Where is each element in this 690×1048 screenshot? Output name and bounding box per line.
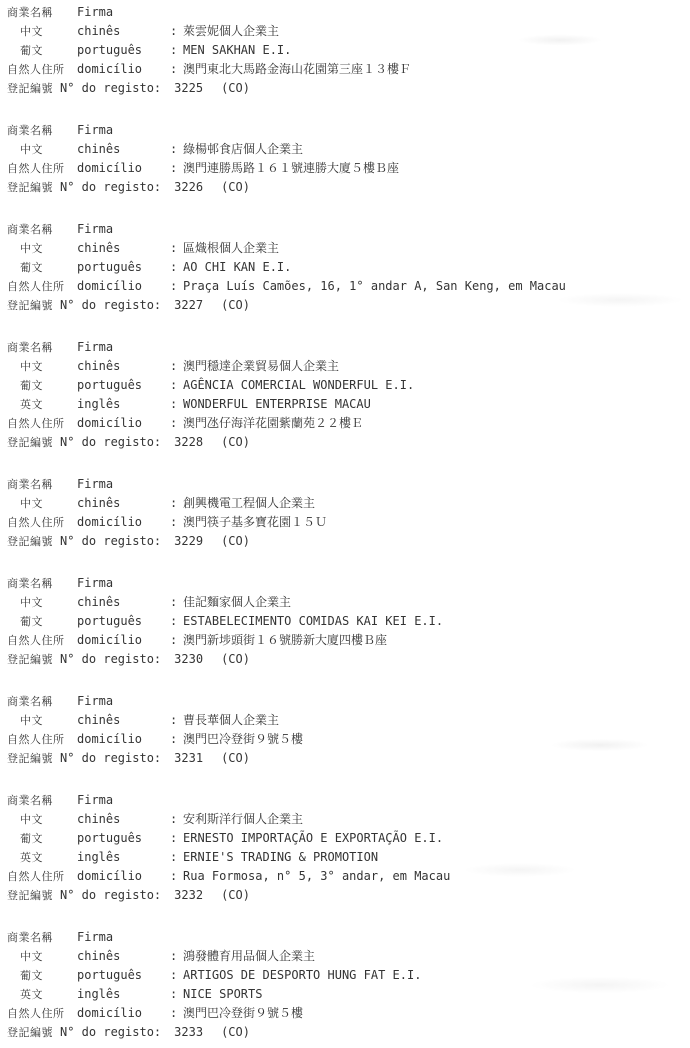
registry-suffix-badge: (CO)	[221, 886, 250, 905]
field-label-pt: domicílio	[77, 60, 170, 79]
registry-entry: 商業名稱Firma中文chinês:澳門穩達企業貿易個人企業主葡文portugu…	[7, 338, 690, 452]
registry-label-pt: N° do registo:	[60, 79, 161, 98]
field-separator: :	[170, 494, 183, 513]
firm-name-label-pt: Firma	[77, 3, 170, 22]
field-separator: :	[170, 810, 183, 829]
entry-field-line: 葡文português:MEN SAKHAN E.I.	[7, 41, 690, 60]
registry-entry: 商業名稱Firma中文chinês:區熾根個人企業主葡文português:AO…	[7, 220, 690, 315]
entry-field-line: 葡文português:AGÊNCIA COMERCIAL WONDERFUL …	[7, 376, 690, 395]
field-label-zh: 中文	[7, 711, 77, 730]
registry-suffix-badge: (CO)	[221, 433, 250, 452]
registry-label-zh: 登記編號	[7, 749, 53, 768]
entry-field-line: 中文chinês:綠楊邨食店個人企業主	[7, 140, 690, 159]
firm-name-label-zh: 商業名稱	[7, 692, 77, 711]
field-value: 綠楊邨食店個人企業主	[183, 140, 690, 159]
field-value: ERNESTO IMPORTAÇÃO E EXPORTAÇÃO E.I.	[183, 829, 690, 848]
field-separator: :	[170, 612, 183, 631]
field-label-pt: chinês	[77, 711, 170, 730]
field-label-zh: 中文	[7, 494, 77, 513]
field-separator: :	[170, 395, 183, 414]
field-value: ARTIGOS DE DESPORTO HUNG FAT E.I.	[183, 966, 690, 985]
registry-number: 3227	[174, 296, 203, 315]
registry-number-line: 登記編號N° do registo:3233(CO)	[7, 1023, 690, 1042]
registry-entry: 商業名稱Firma中文chinês:創興機電工程個人企業主自然人住所domicí…	[7, 475, 690, 551]
field-label-zh: 葡文	[7, 966, 77, 985]
field-label-zh: 自然人住所	[7, 277, 77, 296]
entry-field-line: 葡文português:ESTABELECIMENTO COMIDAS KAI …	[7, 612, 690, 631]
field-separator: :	[170, 376, 183, 395]
field-separator: :	[170, 631, 183, 650]
registry-label-pt: N° do registo:	[60, 749, 161, 768]
registry-entry: 商業名稱Firma中文chinês:鴻發體育用品個人企業主葡文português…	[7, 928, 690, 1042]
registry-label-zh: 登記編號	[7, 886, 53, 905]
field-label-zh: 葡文	[7, 258, 77, 277]
field-label-zh: 中文	[7, 810, 77, 829]
entry-field-line: 中文chinês:曹長華個人企業主	[7, 711, 690, 730]
registry-label-pt: N° do registo:	[60, 296, 161, 315]
entry-field-line: 自然人住所domicílio:澳門巴冷登街９號５樓	[7, 1004, 690, 1023]
registry-label-zh: 登記編號	[7, 650, 53, 669]
field-separator: :	[170, 966, 183, 985]
field-separator: :	[170, 1004, 183, 1023]
registry-number-line: 登記編號N° do registo:3228(CO)	[7, 433, 690, 452]
registry-label-pt: N° do registo:	[60, 1023, 161, 1042]
field-label-pt: português	[77, 966, 170, 985]
registry-label-pt: N° do registo:	[60, 650, 161, 669]
field-label-pt: chinês	[77, 494, 170, 513]
field-label-zh: 中文	[7, 140, 77, 159]
entry-field-line: 英文inglês:ERNIE'S TRADING & PROMOTION	[7, 848, 690, 867]
field-value: ESTABELECIMENTO COMIDAS KAI KEI E.I.	[183, 612, 690, 631]
field-label-pt: chinês	[77, 810, 170, 829]
field-separator: :	[170, 829, 183, 848]
entry-field-line: 自然人住所domicílio:澳門連勝馬路１６１號連勝大廈５樓Ｂ座	[7, 159, 690, 178]
field-label-pt: domicílio	[77, 513, 170, 532]
field-label-zh: 自然人住所	[7, 414, 77, 433]
field-label-zh: 自然人住所	[7, 867, 77, 886]
firm-name-label-pt: Firma	[77, 692, 170, 711]
field-value: 創興機電工程個人企業主	[183, 494, 690, 513]
field-label-pt: inglês	[77, 985, 170, 1004]
field-separator: :	[170, 867, 183, 886]
field-value: 澳門巴冷登街９號５樓	[183, 1004, 690, 1023]
field-separator: :	[170, 277, 183, 296]
registry-number: 3229	[174, 532, 203, 551]
entry-field-line: 中文chinês:澳門穩達企業貿易個人企業主	[7, 357, 690, 376]
registry-number: 3226	[174, 178, 203, 197]
registry-entry: 商業名稱Firma中文chinês:佳記麵家個人企業主葡文português:E…	[7, 574, 690, 669]
field-value: Rua Formosa, n° 5, 3° andar, em Macau	[183, 867, 690, 886]
entry-field-line: 中文chinês:鴻發體育用品個人企業主	[7, 947, 690, 966]
field-label-pt: chinês	[77, 239, 170, 258]
entry-field-line: 自然人住所domicílio:澳門筷子基多寶花園１５Ｕ	[7, 513, 690, 532]
field-separator: :	[170, 513, 183, 532]
field-label-pt: chinês	[77, 140, 170, 159]
firm-name-header-line: 商業名稱Firma	[7, 338, 690, 357]
field-value: 澳門穩達企業貿易個人企業主	[183, 357, 690, 376]
entry-field-line: 中文chinês:佳記麵家個人企業主	[7, 593, 690, 612]
firm-name-header-line: 商業名稱Firma	[7, 475, 690, 494]
field-separator: :	[170, 239, 183, 258]
registry-suffix-badge: (CO)	[221, 532, 250, 551]
registry-entry: 商業名稱Firma中文chinês:曹長華個人企業主自然人住所domicílio…	[7, 692, 690, 768]
field-label-zh: 自然人住所	[7, 1004, 77, 1023]
field-label-pt: domicílio	[77, 414, 170, 433]
field-value: 區熾根個人企業主	[183, 239, 690, 258]
field-label-pt: domicílio	[77, 277, 170, 296]
registry-label-zh: 登記編號	[7, 296, 53, 315]
firm-name-header-line: 商業名稱Firma	[7, 574, 690, 593]
firm-name-label-pt: Firma	[77, 574, 170, 593]
entry-field-line: 英文inglês:WONDERFUL ENTERPRISE MACAU	[7, 395, 690, 414]
firm-name-label-pt: Firma	[77, 220, 170, 239]
entry-field-line: 中文chinês:萊雲妮個人企業主	[7, 22, 690, 41]
field-label-pt: chinês	[77, 947, 170, 966]
field-label-pt: domicílio	[77, 1004, 170, 1023]
field-label-zh: 葡文	[7, 41, 77, 60]
registry-number-line: 登記編號N° do registo:3227(CO)	[7, 296, 690, 315]
registry-label-pt: N° do registo:	[60, 886, 161, 905]
field-label-zh: 葡文	[7, 612, 77, 631]
field-label-pt: português	[77, 376, 170, 395]
registry-entry: 商業名稱Firma中文chinês:綠楊邨食店個人企業主自然人住所domicíl…	[7, 121, 690, 197]
registry-suffix-badge: (CO)	[221, 749, 250, 768]
field-separator: :	[170, 140, 183, 159]
field-label-pt: português	[77, 829, 170, 848]
firm-name-header-line: 商業名稱Firma	[7, 220, 690, 239]
firm-name-label-pt: Firma	[77, 121, 170, 140]
registry-number-line: 登記編號N° do registo:3225(CO)	[7, 79, 690, 98]
field-value: 澳門連勝馬路１６１號連勝大廈５樓Ｂ座	[183, 159, 690, 178]
field-value: 澳門巴冷登街９號５樓	[183, 730, 690, 749]
field-label-zh: 自然人住所	[7, 513, 77, 532]
field-separator: :	[170, 41, 183, 60]
registry-number-line: 登記編號N° do registo:3232(CO)	[7, 886, 690, 905]
field-label-zh: 中文	[7, 239, 77, 258]
registry-suffix-badge: (CO)	[221, 296, 250, 315]
entry-field-line: 葡文português:ARTIGOS DE DESPORTO HUNG FAT…	[7, 966, 690, 985]
field-separator: :	[170, 357, 183, 376]
field-label-zh: 自然人住所	[7, 730, 77, 749]
firm-name-label-zh: 商業名稱	[7, 928, 77, 947]
entry-field-line: 自然人住所domicílio:Praça Luís Camões, 16, 1°…	[7, 277, 690, 296]
business-registry-page: 商業名稱Firma中文chinês:萊雲妮個人企業主葡文português:ME…	[0, 0, 690, 1048]
field-label-pt: português	[77, 258, 170, 277]
entry-field-line: 葡文português:ERNESTO IMPORTAÇÃO E EXPORTA…	[7, 829, 690, 848]
firm-name-label-pt: Firma	[77, 338, 170, 357]
field-label-zh: 自然人住所	[7, 631, 77, 650]
firm-name-label-zh: 商業名稱	[7, 3, 77, 22]
field-label-pt: inglês	[77, 848, 170, 867]
registry-suffix-badge: (CO)	[221, 650, 250, 669]
field-value: AO CHI KAN E.I.	[183, 258, 690, 277]
field-separator: :	[170, 593, 183, 612]
field-value: 佳記麵家個人企業主	[183, 593, 690, 612]
registry-number-line: 登記編號N° do registo:3226(CO)	[7, 178, 690, 197]
field-separator: :	[170, 711, 183, 730]
firm-name-label-pt: Firma	[77, 928, 170, 947]
field-label-pt: chinês	[77, 593, 170, 612]
registry-label-zh: 登記編號	[7, 1023, 53, 1042]
registry-number: 3228	[174, 433, 203, 452]
entry-field-line: 自然人住所domicílio:澳門新埗頭街１６號勝新大廈四樓Ｂ座	[7, 631, 690, 650]
registry-label-pt: N° do registo:	[60, 532, 161, 551]
field-value: MEN SAKHAN E.I.	[183, 41, 690, 60]
entry-field-line: 中文chinês:創興機電工程個人企業主	[7, 494, 690, 513]
field-separator: :	[170, 730, 183, 749]
entry-field-line: 自然人住所domicílio:澳門東北大馬路金海山花園第三座１３樓Ｆ	[7, 60, 690, 79]
registry-suffix-badge: (CO)	[221, 1023, 250, 1042]
registry-label-zh: 登記編號	[7, 178, 53, 197]
field-separator: :	[170, 947, 183, 966]
firm-name-label-zh: 商業名稱	[7, 574, 77, 593]
registry-number-line: 登記編號N° do registo:3229(CO)	[7, 532, 690, 551]
field-label-zh: 自然人住所	[7, 159, 77, 178]
field-separator: :	[170, 22, 183, 41]
field-value: NICE SPORTS	[183, 985, 690, 1004]
field-label-zh: 英文	[7, 395, 77, 414]
registry-number: 3232	[174, 886, 203, 905]
field-separator: :	[170, 159, 183, 178]
firm-name-label-zh: 商業名稱	[7, 475, 77, 494]
field-value: 澳門氹仔海洋花園紫蘭苑２２樓Ｅ	[183, 414, 690, 433]
registry-number-line: 登記編號N° do registo:3231(CO)	[7, 749, 690, 768]
registry-label-pt: N° do registo:	[60, 178, 161, 197]
entry-field-line: 葡文português:AO CHI KAN E.I.	[7, 258, 690, 277]
entry-field-line: 中文chinês:區熾根個人企業主	[7, 239, 690, 258]
registry-suffix-badge: (CO)	[221, 178, 250, 197]
registry-number-line: 登記編號N° do registo:3230(CO)	[7, 650, 690, 669]
field-label-zh: 自然人住所	[7, 60, 77, 79]
field-value: 曹長華個人企業主	[183, 711, 690, 730]
field-value: 鴻發體育用品個人企業主	[183, 947, 690, 966]
field-value: Praça Luís Camões, 16, 1° andar A, San K…	[183, 277, 690, 296]
field-label-zh: 英文	[7, 985, 77, 1004]
firm-name-label-pt: Firma	[77, 475, 170, 494]
field-label-pt: domicílio	[77, 159, 170, 178]
firm-name-label-zh: 商業名稱	[7, 338, 77, 357]
registry-number: 3233	[174, 1023, 203, 1042]
firm-name-header-line: 商業名稱Firma	[7, 3, 690, 22]
registry-number: 3225	[174, 79, 203, 98]
field-separator: :	[170, 985, 183, 1004]
firm-name-label-pt: Firma	[77, 791, 170, 810]
field-label-pt: português	[77, 41, 170, 60]
firm-name-label-zh: 商業名稱	[7, 121, 77, 140]
field-label-zh: 葡文	[7, 829, 77, 848]
field-label-pt: chinês	[77, 357, 170, 376]
field-value: AGÊNCIA COMERCIAL WONDERFUL E.I.	[183, 376, 690, 395]
entry-field-line: 自然人住所domicílio:Rua Formosa, n° 5, 3° and…	[7, 867, 690, 886]
registry-entries-list: 商業名稱Firma中文chinês:萊雲妮個人企業主葡文português:ME…	[7, 3, 690, 1042]
field-label-pt: português	[77, 612, 170, 631]
registry-number: 3230	[174, 650, 203, 669]
field-value: ERNIE'S TRADING & PROMOTION	[183, 848, 690, 867]
firm-name-label-zh: 商業名稱	[7, 791, 77, 810]
field-value: 澳門新埗頭街１６號勝新大廈四樓Ｂ座	[183, 631, 690, 650]
entry-field-line: 自然人住所domicílio:澳門氹仔海洋花園紫蘭苑２２樓Ｅ	[7, 414, 690, 433]
registry-number: 3231	[174, 749, 203, 768]
field-label-pt: inglês	[77, 395, 170, 414]
registry-label-zh: 登記編號	[7, 433, 53, 452]
field-label-pt: chinês	[77, 22, 170, 41]
field-value: 萊雲妮個人企業主	[183, 22, 690, 41]
field-label-zh: 中文	[7, 357, 77, 376]
registry-entry: 商業名稱Firma中文chinês:萊雲妮個人企業主葡文português:ME…	[7, 3, 690, 98]
field-value: 澳門筷子基多寶花園１５Ｕ	[183, 513, 690, 532]
firm-name-header-line: 商業名稱Firma	[7, 121, 690, 140]
field-separator: :	[170, 258, 183, 277]
entry-field-line: 中文chinês:安利斯洋行個人企業主	[7, 810, 690, 829]
entry-field-line: 自然人住所domicílio:澳門巴冷登街９號５樓	[7, 730, 690, 749]
field-label-zh: 英文	[7, 848, 77, 867]
field-label-pt: domicílio	[77, 867, 170, 886]
field-label-zh: 中文	[7, 593, 77, 612]
field-label-pt: domicílio	[77, 631, 170, 650]
registry-suffix-badge: (CO)	[221, 79, 250, 98]
firm-name-label-zh: 商業名稱	[7, 220, 77, 239]
field-separator: :	[170, 848, 183, 867]
registry-label-zh: 登記編號	[7, 532, 53, 551]
field-value: 澳門東北大馬路金海山花園第三座１３樓Ｆ	[183, 60, 690, 79]
registry-label-zh: 登記編號	[7, 79, 53, 98]
field-label-pt: domicílio	[77, 730, 170, 749]
field-separator: :	[170, 414, 183, 433]
field-value: 安利斯洋行個人企業主	[183, 810, 690, 829]
field-label-zh: 中文	[7, 22, 77, 41]
field-label-zh: 中文	[7, 947, 77, 966]
firm-name-header-line: 商業名稱Firma	[7, 692, 690, 711]
field-separator: :	[170, 60, 183, 79]
field-label-zh: 葡文	[7, 376, 77, 395]
firm-name-header-line: 商業名稱Firma	[7, 791, 690, 810]
registry-entry: 商業名稱Firma中文chinês:安利斯洋行個人企業主葡文português:…	[7, 791, 690, 905]
entry-field-line: 英文inglês:NICE SPORTS	[7, 985, 690, 1004]
firm-name-header-line: 商業名稱Firma	[7, 928, 690, 947]
field-value: WONDERFUL ENTERPRISE MACAU	[183, 395, 690, 414]
registry-label-pt: N° do registo:	[60, 433, 161, 452]
